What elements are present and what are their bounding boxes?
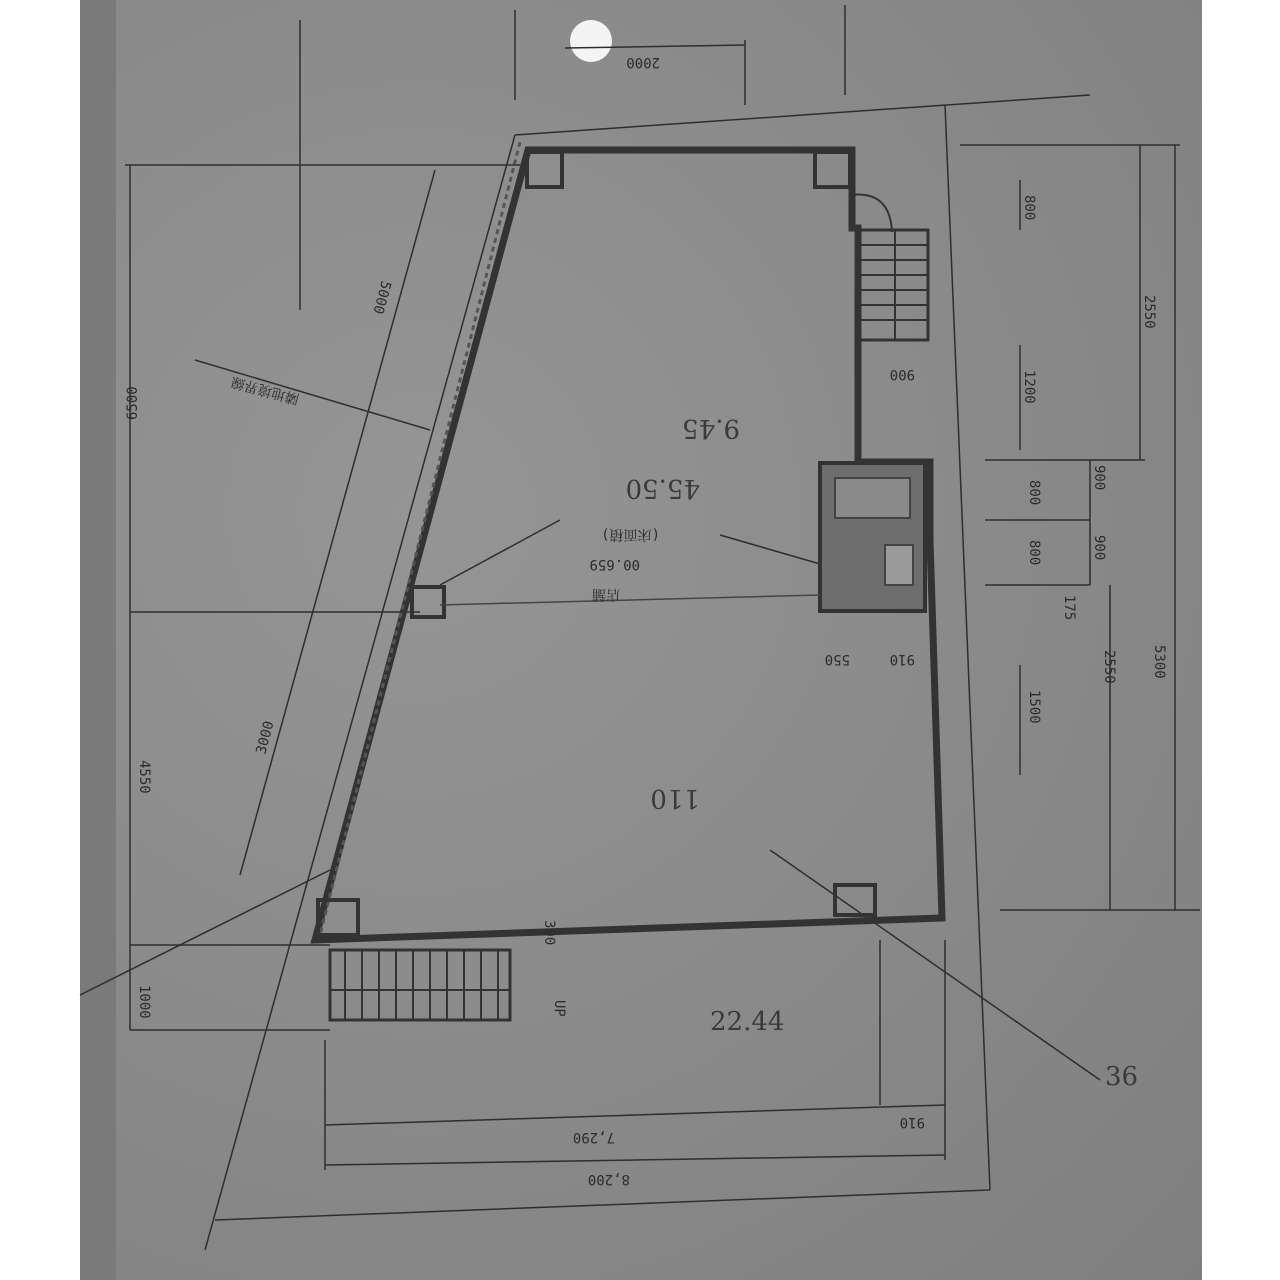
dim-bottom-wall-tick: 300 [541,920,557,945]
dim-right-lower-outer: 2550 [1101,650,1117,684]
handwritten-mid: 110 [650,783,700,813]
dim-right-mid-a: 800 [1026,480,1042,505]
dim-right-small: 175 [1061,595,1077,620]
dim-right-mid-b: 800 [1026,540,1042,565]
dim-diagonal-upper: 5000 [369,279,393,316]
handwritten-area-2: 9.45 [682,413,740,443]
dim-stair-width: 900 [890,366,915,382]
dim-bottom-overall: 8,200 [588,1171,630,1187]
boundary-diagonal [205,135,515,1250]
handwritten-bottom: 22.44 [710,1007,784,1037]
dim-left-upper: 6500 [125,386,141,420]
room-area: 00.659 [589,556,640,572]
floor-plan-scan: 2000 6500 4550 1000 5000 3000 800 1200 2… [0,0,1280,1280]
dim-right-mid-outer-a: 900 [1091,465,1107,490]
dim-left-bottom: 1000 [136,985,152,1019]
dim-bottom-inner: 7,290 [573,1129,615,1145]
dim-right-top-small: 800 [1021,195,1037,220]
dim-bottom-small: 910 [900,1114,925,1130]
plan-drawing: 2000 6500 4550 1000 5000 3000 800 1200 2… [0,0,1280,1280]
dim-right-overall: 5300 [1151,645,1167,679]
dim-left-lower: 4550 [136,760,152,794]
dim-right-overall-upper: 2550 [1141,295,1157,329]
handwritten-area: 45.50 [626,473,700,503]
dim-right-mid-outer-b: 900 [1091,535,1107,560]
room-area-note: (床面積) [601,526,660,542]
dim-toilet-a: 550 [825,651,850,667]
page-number: 36 [1105,1062,1138,1092]
room-name: 店舗 [592,586,620,603]
dim-toilet-b: 910 [890,651,915,667]
stair-label: UP [551,1000,567,1017]
dim-top: 2000 [626,54,660,70]
boundary-note: 隣地境界線 [229,373,301,408]
dim-right-lower: 1500 [1026,690,1042,724]
dim-right-upper: 1200 [1021,370,1037,404]
building-outline [315,142,942,1020]
